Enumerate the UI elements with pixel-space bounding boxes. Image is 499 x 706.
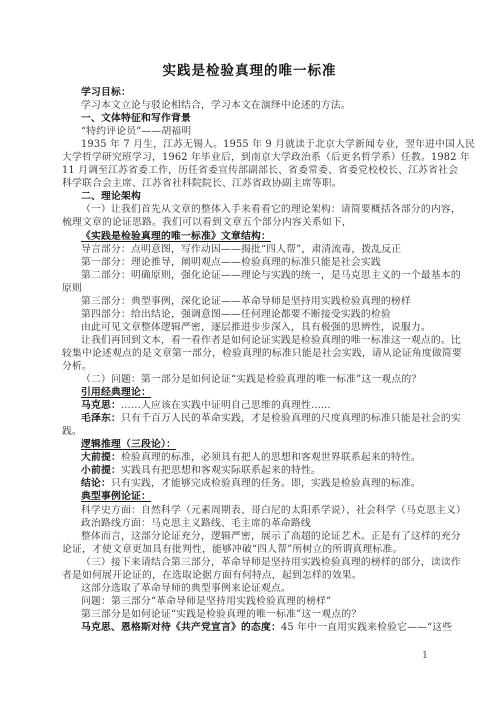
- text-line-bold-prefix: 大前提：: [81, 452, 121, 463]
- text-line: “特约评论员”——胡福明: [62, 125, 440, 138]
- text-line: 二、理论架构: [62, 190, 440, 203]
- text-line: 原则: [62, 282, 440, 295]
- document-page: 实践是检验真理的唯一标准 学习目标：学习本文立论与驳论相结合，学习本文在演绎中论…: [0, 0, 499, 706]
- text-line: 政治路线方面：马克思主义路线、毛主席的革命路线: [62, 517, 440, 530]
- text-line-bold-prefix: 结论：: [81, 478, 111, 489]
- text-line: 毛泽东：只有千百万人民的革命实践，才是检验真理的尺度真理的标准只能是社会的实: [62, 412, 440, 425]
- text-line: （三）接下来请结合第三部分，革命导师是坚持用实践检验真理的榜样的部分，读读作: [62, 556, 440, 569]
- text-line-bold-prefix: 毛泽东：: [81, 413, 121, 424]
- text-line-body: 实践具有把思想和客观实际联系起来的特性。: [121, 465, 321, 476]
- text-line: 让我们再回到文本，看一看作者是如何论证实践是检验真理的唯一标准这一观点的。比: [62, 334, 440, 347]
- text-line: 学习目标：: [62, 86, 440, 99]
- document-body: 学习目标：学习本文立论与驳论相结合，学习本文在演绎中论述的方法。一、文体特征和写…: [62, 86, 440, 634]
- text-line: 大学哲学研究班学习，1962 年毕业后，到南京大学政治系（后更名哲学系）任教。1…: [62, 151, 440, 164]
- text-line: 梳理文章的论证思路。我们可以看到文章五个部分内容关系如下，: [62, 216, 440, 229]
- page-number: 1: [0, 650, 428, 661]
- text-line: （二）问题：第一部分是如何论证“实践是检验真理的唯一标准”这一观点的？: [62, 373, 440, 386]
- page-title: 实践是检验真理的唯一标准: [0, 62, 499, 80]
- text-line: 第三部分是如何论证“实践是检验真理的唯一标准”这一观点的？: [62, 608, 440, 621]
- text-line: 大前提：检验真理的标准，必须具有把人的思想和客观世界联系起来的特性。: [62, 451, 440, 464]
- text-line: 论证，才使文章更加具有批判性，能够冲破“四人帮”所树立的所谓真理标准。: [62, 543, 440, 556]
- text-line: 第一部分：理论推导，阐明观点——检验真理的标准只能是社会实践: [62, 256, 440, 269]
- text-line: 学习本文立论与驳论相结合，学习本文在演绎中论述的方法。: [62, 99, 440, 112]
- text-line: 11 月调至江苏省委工作，历任省委宣传部副部长、省委常委、省委党校校长、江苏省社…: [62, 164, 440, 177]
- text-line: 结论：只有实践，才能够完成检验真理的任务。即，实践是检验真理的标准。: [62, 477, 440, 490]
- text-line: 问题：第三部分“革命导师是坚持用实践检验真理的榜样”: [62, 595, 440, 608]
- text-line: 逻辑推理（三段论）：: [62, 438, 440, 451]
- text-line-bold-prefix: 马克思：: [81, 400, 121, 411]
- text-line: 《实践是检验真理的唯一标准》文章结构：: [62, 230, 440, 243]
- text-line-bold-prefix: 小前提：: [81, 465, 121, 476]
- text-line: 科学史方面：自然科学（元素周期表、哥白尼的太阳系学说）、社会科学（马克思主义）: [62, 504, 440, 517]
- text-line: 第二部分：明确原则，强化论证——理论与实践的统一，是马克思主义的一个最基本的: [62, 269, 440, 282]
- text-line: 典型事例论证：: [62, 490, 440, 503]
- text-line-body: 只有千百万人民的革命实践，才是检验真理的尺度真理的标准只能是社会的实: [121, 413, 461, 424]
- text-line: 引用经典理论：: [62, 386, 440, 399]
- text-line: 导言部分：点明意图，写作动因——揭批“四人帮”，肃清流毒，拨乱反正: [62, 243, 440, 256]
- text-line: 分析。: [62, 360, 440, 373]
- text-line: 马克思：……人应该在实践中证明自己思维的真理性……: [62, 399, 440, 412]
- text-line: 1935 年 7 月生，江苏无锡人。1955 年 9 月就读于北京大学新闻专业，…: [62, 138, 440, 151]
- text-line: 践。: [62, 425, 440, 438]
- text-line-body: 检验真理的标准，必须具有把人的思想和客观世界联系起来的特性。: [121, 452, 421, 463]
- text-line: 马克思、恩格斯对待《共产党宣言》的态度：45 年中一直用实践来检验它——“这些: [62, 621, 440, 634]
- text-line: 一、文体特征和写作背景: [62, 112, 440, 125]
- text-line: 者是如何展开论证的，在选取论据方面有何特点，起到怎样的效果。: [62, 569, 440, 582]
- text-line: 整体而言，这部分论证充分，逻辑严密，展示了高超的论证艺术。正是有了这样的充分: [62, 530, 440, 543]
- text-line: 科学联合会主席、江苏省社科院院长、江苏省政协副主席等职。: [62, 177, 440, 190]
- text-line: 小前提：实践具有把思想和客观实际联系起来的特性。: [62, 464, 440, 477]
- text-line: 由此可见文章整体逻辑严密，逐层推进步步深入，具有极强的思辨性，说服力。: [62, 321, 440, 334]
- text-line: （一）让我们首先从文章的整体入手来看看它的理论架构：请简要概括各部分的内容，: [62, 203, 440, 216]
- text-line-bold-prefix: 马克思、恩格斯对待《共产党宣言》的态度：: [81, 622, 281, 633]
- text-line: 第三部分：典型事例，深化论证——革命导师是坚持用实践检验真理的榜样: [62, 295, 440, 308]
- text-line: 较集中论述观点的是文章第一部分，检验真理的标准只能是社会实践，请从论证角度做简要: [62, 347, 440, 360]
- text-line-body: 45 年中一直用实践来检验它——“这些: [281, 622, 452, 633]
- text-line: 这部分选取了革命导师的典型事例来论证观点。: [62, 582, 440, 595]
- text-line-body: ……人应该在实践中证明自己思维的真理性……: [121, 400, 331, 411]
- text-line: 第四部分：给出结论，强调意图——任何理论都要不断接受实践的检验: [62, 308, 440, 321]
- text-line-body: 只有实践，才能够完成检验真理的任务。即，实践是检验真理的标准。: [111, 478, 421, 489]
